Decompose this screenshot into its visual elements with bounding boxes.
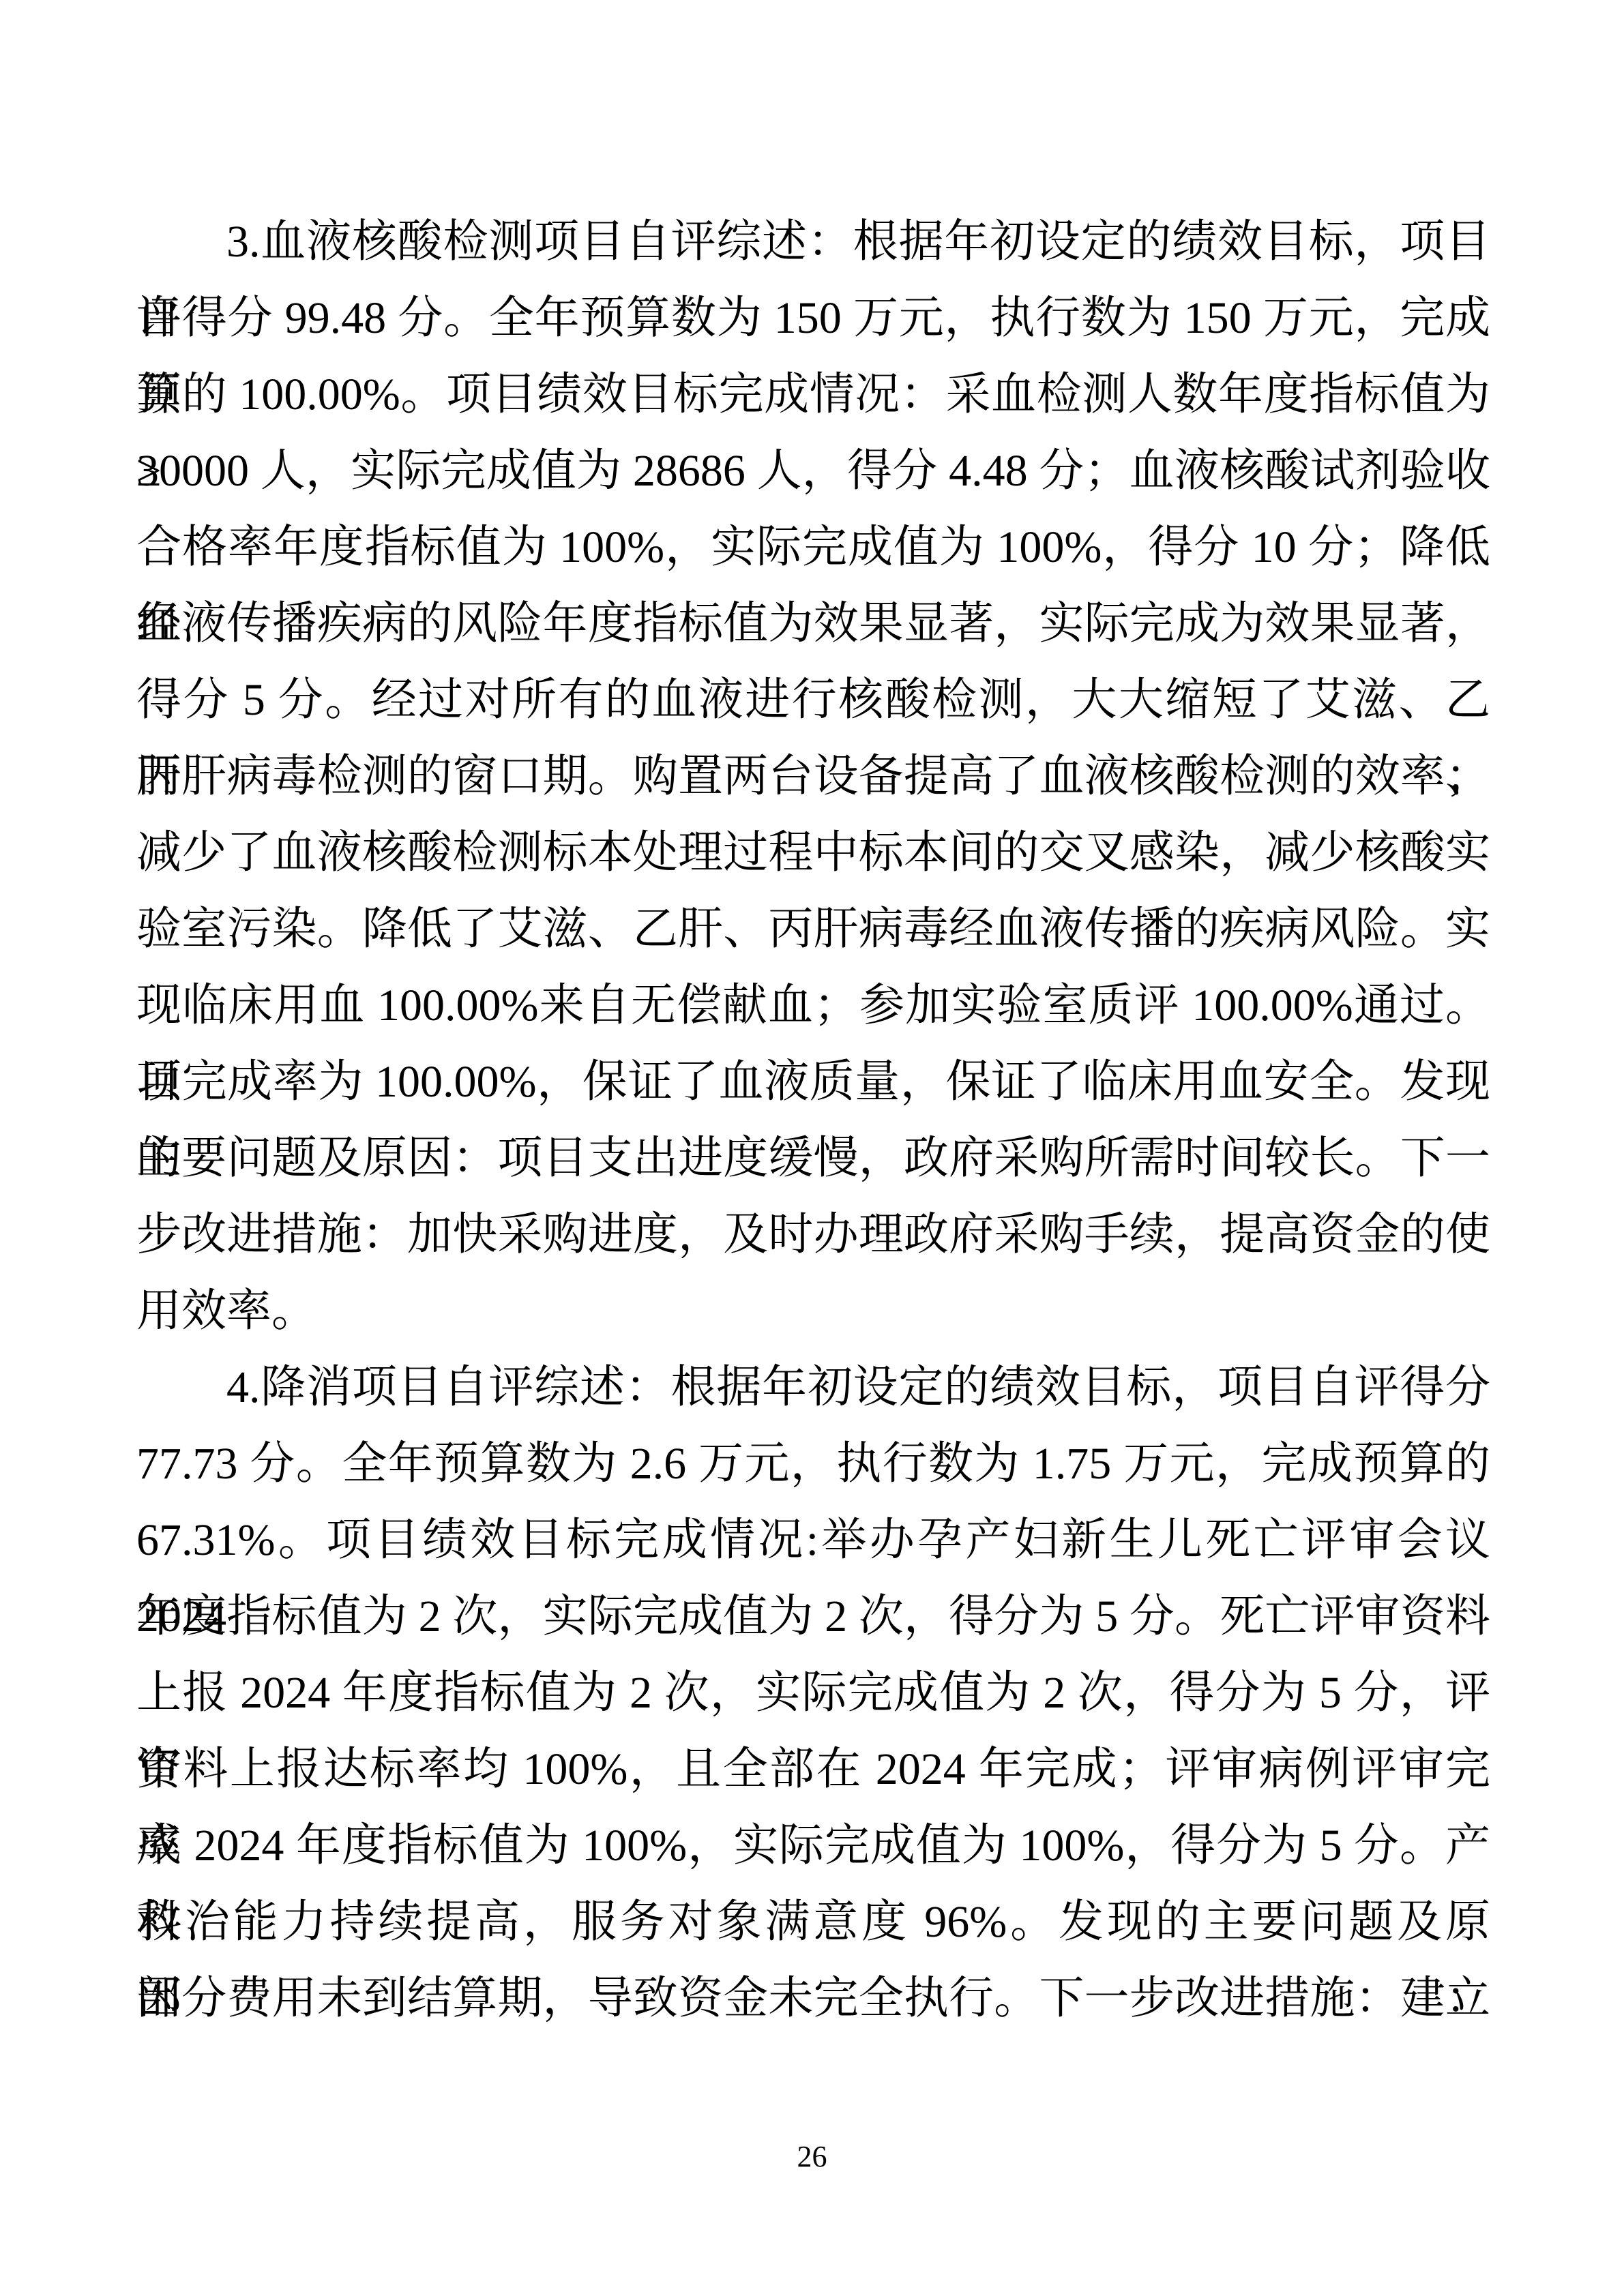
doc-line: 救治能力持续提高，服务对象满意度 96%。发现的主要问题及原因： bbox=[136, 1884, 1490, 1960]
page-number: 26 bbox=[0, 2136, 1624, 2177]
document-body: 3.血液核酸检测项目自评综述：根据年初设定的绩效目标，项目自评得分 99.48 … bbox=[136, 204, 1490, 2037]
document-page: 3.血液核酸检测项目自评综述：根据年初设定的绩效目标，项目自评得分 99.48 … bbox=[0, 0, 1624, 2296]
doc-line: 步改进措施：加快采购进度，及时办理政府采购手续，提高资金的使 bbox=[136, 1197, 1490, 1273]
doc-line: 验室污染。降低了艾滋、乙肝、丙肝病毒经血液传播的疾病风险。实 bbox=[136, 891, 1490, 968]
doc-line: 血液传播疾病的风险年度指标值为效果显著，实际完成为效果显著， bbox=[136, 586, 1490, 662]
doc-line: 合格率年度指标值为 100%，实际完成值为 100%，得分 10 分；降低经 bbox=[136, 509, 1490, 586]
paragraph: 3.血液核酸检测项目自评综述：根据年初设定的绩效目标，项目自评得分 99.48 … bbox=[136, 204, 1490, 1350]
doc-line: 目完成率为 100.00%，保证了血液质量，保证了临床用血安全。发现的 bbox=[136, 1044, 1490, 1120]
doc-line: 上报 2024 年度指标值为 2 次，实际完成值为 2 次，得分为 5 分，评审 bbox=[136, 1655, 1490, 1731]
doc-line: 得分 5 分。经过对所有的血液进行核酸检测，大大缩短了艾滋、乙肝、 bbox=[136, 662, 1490, 739]
doc-line: 主要问题及原因：项目支出进度缓慢，政府采购所需时间较长。下一 bbox=[136, 1120, 1490, 1197]
doc-line: 年度指标值为 2 次，实际完成值为 2 次，得分为 5 分。死亡评审资料 bbox=[136, 1579, 1490, 1655]
doc-line: 现临床用血 100.00%来自无偿献血；参加实验室质评 100.00%通过。项 bbox=[136, 968, 1490, 1044]
doc-line: 30000 人，实际完成值为 28686 人，得分 4.48 分；血液核酸试剂验… bbox=[136, 433, 1490, 509]
doc-line: 用效率。 bbox=[136, 1273, 1490, 1350]
doc-line: 部分费用未到结算期，导致资金未完全执行。下一步改进措施：建立 bbox=[136, 1960, 1490, 2037]
doc-line: 率 2024 年度指标值为 100%，实际完成值为 100%，得分为 5 分。产… bbox=[136, 1808, 1490, 1884]
doc-line: 评得分 99.48 分。全年预算数为 150 万元，执行数为 150 万元，完成… bbox=[136, 280, 1490, 357]
doc-line: 67.31%。项目绩效目标完成情况:举办孕产妇新生儿死亡评审会议 2024 bbox=[136, 1502, 1490, 1579]
doc-line: 算的 100.00%。项目绩效目标完成情况：采血检测人数年度指标值为≥ bbox=[136, 357, 1490, 433]
paragraph: 4.降消项目自评综述：根据年初设定的绩效目标，项目自评得分77.73 分。全年预… bbox=[136, 1350, 1490, 2037]
doc-line: 丙肝病毒检测的窗口期。购置两台设备提高了血液核酸检测的效率； bbox=[136, 739, 1490, 815]
doc-line: 3.血液核酸检测项目自评综述：根据年初设定的绩效目标，项目自 bbox=[136, 204, 1490, 280]
doc-line: 4.降消项目自评综述：根据年初设定的绩效目标，项目自评得分 bbox=[136, 1350, 1490, 1426]
doc-line: 77.73 分。全年预算数为 2.6 万元，执行数为 1.75 万元，完成预算的 bbox=[136, 1426, 1490, 1502]
doc-line: 减少了血液核酸检测标本处理过程中标本间的交叉感染，减少核酸实 bbox=[136, 815, 1490, 891]
doc-line: 资料上报达标率均 100%，且全部在 2024 年完成；评审病例评审完成 bbox=[136, 1731, 1490, 1808]
